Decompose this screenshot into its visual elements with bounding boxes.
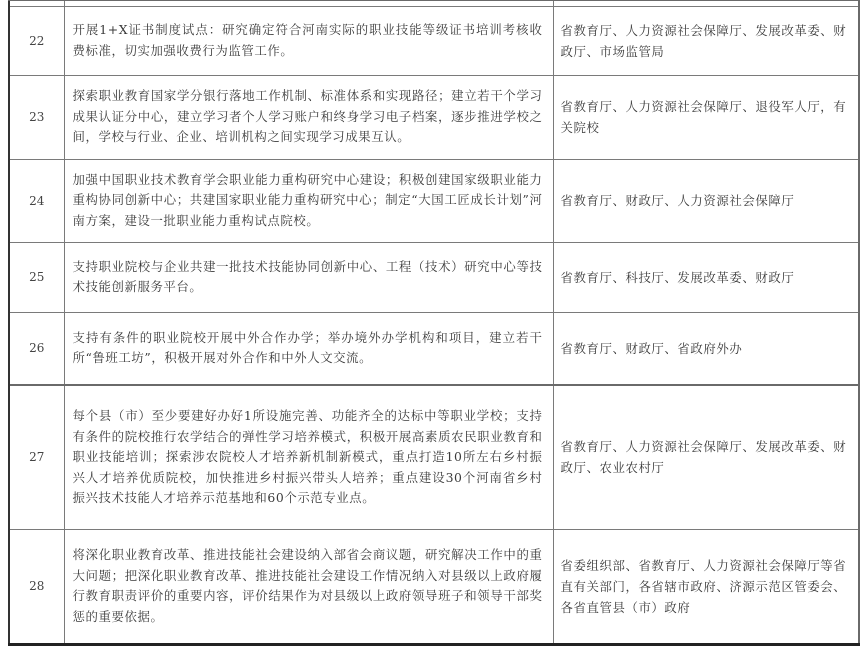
responsible-departments: 省教育厅、人力资源社会保障厅、发展改革委、财政厅、市场监管局 xyxy=(561,20,851,62)
row-number-cell: 23 xyxy=(9,75,64,159)
task-cell: 支持职业院校与企业共建一批技术技能协同创新中心、工程（技术）研究中心等技术技能创… xyxy=(64,242,553,312)
task-text: 开展1+X证书制度试点：研究确定符合河南实际的职业技能等级证书培训考核收费标准，… xyxy=(73,20,543,61)
row-number: 23 xyxy=(29,110,44,124)
table-row: 27 每个县（市）至少要建好办好1所设施完善、功能齐全的达标中等职业学校；支持有… xyxy=(9,385,859,529)
row-number-cell: 27 xyxy=(9,385,64,529)
row-number: 24 xyxy=(29,194,44,208)
row-number-cell: 28 xyxy=(9,529,64,644)
row-number: 26 xyxy=(29,341,44,355)
responsible-departments: 省教育厅、人力资源社会保障厅、退役军人厅，有关院校 xyxy=(561,96,851,138)
responsible-departments: 省教育厅、财政厅、人力资源社会保障厅 xyxy=(561,190,851,211)
table-row: 28 将深化职业教育改革、推进技能社会建设纳入部省会商议题，研究解决工作中的重大… xyxy=(9,529,859,644)
task-cell: 探索职业教育国家学分银行落地工作机制、标准体系和实现路径；建立若干个学习成果认证… xyxy=(64,75,553,159)
responsible-departments: 省委组织部、省教育厅、人力资源社会保障厅等省直有关部门，各省辖市政府、济源示范区… xyxy=(561,555,851,618)
table-row: 25 支持职业院校与企业共建一批技术技能协同创新中心、工程（技术）研究中心等技术… xyxy=(9,242,859,312)
department-cell: 省教育厅、财政厅、省政府外办 xyxy=(553,312,859,385)
task-cell: 加强中国职业技术教育学会职业能力重构研究中心建设；积极创建国家级职业能力重构协同… xyxy=(64,159,553,242)
table-row: 22 开展1+X证书制度试点：研究确定符合河南实际的职业技能等级证书培训考核收费… xyxy=(9,6,859,75)
responsible-departments: 省教育厅、财政厅、省政府外办 xyxy=(561,338,851,359)
task-text: 加强中国职业技术教育学会职业能力重构研究中心建设；积极创建国家级职业能力重构协同… xyxy=(73,170,543,232)
table-row: 24 加强中国职业技术教育学会职业能力重构研究中心建设；积极创建国家级职业能力重… xyxy=(9,159,859,242)
task-assignment-table: 22 开展1+X证书制度试点：研究确定符合河南实际的职业技能等级证书培训考核收费… xyxy=(8,0,860,646)
department-cell: 省教育厅、财政厅、人力资源社会保障厅 xyxy=(553,159,859,242)
row-number-cell: 26 xyxy=(9,312,64,385)
task-text: 支持职业院校与企业共建一批技术技能协同创新中心、工程（技术）研究中心等技术技能创… xyxy=(73,257,543,298)
row-number-cell: 24 xyxy=(9,159,64,242)
row-number-cell: 25 xyxy=(9,242,64,312)
task-cell: 每个县（市）至少要建好办好1所设施完善、功能齐全的达标中等职业学校；支持有条件的… xyxy=(64,385,553,529)
row-number: 27 xyxy=(29,450,44,464)
department-cell: 省教育厅、人力资源社会保障厅、发展改革委、财政厅、市场监管局 xyxy=(553,6,859,75)
responsible-departments: 省教育厅、人力资源社会保障厅、发展改革委、财政厅、农业农村厅 xyxy=(561,436,851,478)
department-cell: 省教育厅、科技厅、发展改革委、财政厅 xyxy=(553,242,859,312)
department-cell: 省教育厅、人力资源社会保障厅、退役军人厅，有关院校 xyxy=(553,75,859,159)
task-cell: 开展1+X证书制度试点：研究确定符合河南实际的职业技能等级证书培训考核收费标准，… xyxy=(64,6,553,75)
task-text: 支持有条件的职业院校开展中外合作办学；举办境外办学机构和项目，建立若干所“鲁班工… xyxy=(73,328,543,369)
task-text: 探索职业教育国家学分银行落地工作机制、标准体系和实现路径；建立若干个学习成果认证… xyxy=(73,86,543,148)
row-number: 28 xyxy=(29,579,44,593)
task-cell: 支持有条件的职业院校开展中外合作办学；举办境外办学机构和项目，建立若干所“鲁班工… xyxy=(64,312,553,385)
task-cell: 将深化职业教育改革、推进技能社会建设纳入部省会商议题，研究解决工作中的重大问题；… xyxy=(64,529,553,644)
table-row: 23 探索职业教育国家学分银行落地工作机制、标准体系和实现路径；建立若干个学习成… xyxy=(9,75,859,159)
department-cell: 省委组织部、省教育厅、人力资源社会保障厅等省直有关部门，各省辖市政府、济源示范区… xyxy=(553,529,859,644)
task-text: 将深化职业教育改革、推进技能社会建设纳入部省会商议题，研究解决工作中的重大问题；… xyxy=(73,545,543,627)
task-text: 每个县（市）至少要建好办好1所设施完善、功能齐全的达标中等职业学校；支持有条件的… xyxy=(73,406,543,509)
responsible-departments: 省教育厅、科技厅、发展改革委、财政厅 xyxy=(561,267,851,288)
row-number: 22 xyxy=(29,34,44,48)
department-cell: 省教育厅、人力资源社会保障厅、发展改革委、财政厅、农业农村厅 xyxy=(553,385,859,529)
row-number: 25 xyxy=(29,270,44,284)
table-row: 26 支持有条件的职业院校开展中外合作办学；举办境外办学机构和项目，建立若干所“… xyxy=(9,312,859,385)
row-number-cell: 22 xyxy=(9,6,64,75)
